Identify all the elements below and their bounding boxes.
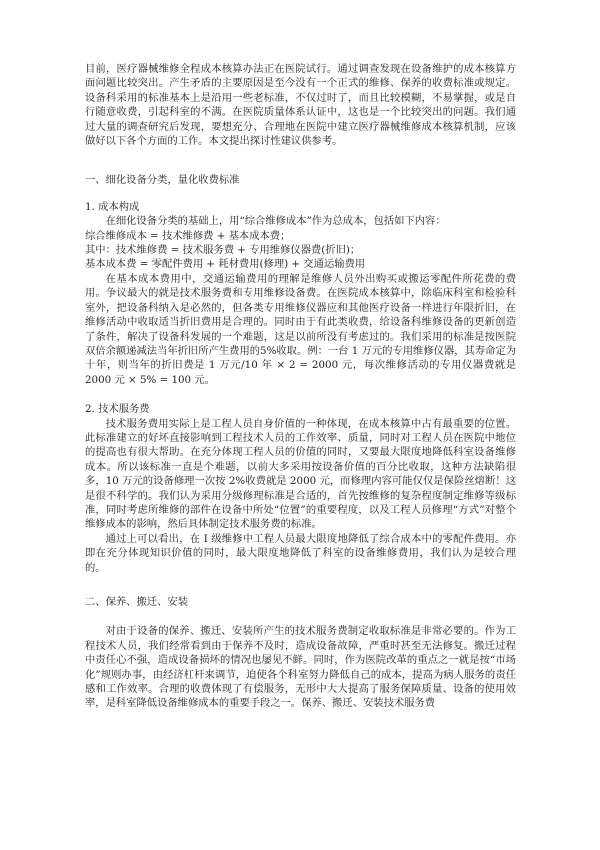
section-2-heading: 二、保养、搬迁、安装 [85, 595, 516, 609]
cost-structure-body: 在基本成本费用中，交通运输费用的理解是维修人员外出购买或搬运零配件所花费的费用。… [85, 272, 516, 387]
service-fee-body: 技术服务费用实际上是工程人员自身价值的一种体现，在成本核算中占有最重要的位置。此… [85, 417, 516, 532]
formula-total-cost: 综合维修成本 = 技术维修费 + 基本成本费； [85, 229, 516, 243]
document-page: 目前，医疗器械维修全程成本核算办法正在医院试行。通过调查发现在设备维护的成本核算… [0, 0, 600, 850]
service-fee-conclusion: 通过上可以看出，在 I 级维修中工程人员最大限度地降低了综合成本中的零配件费用。… [85, 532, 516, 575]
formula-technical-repair-fee: 其中：技术维修费 = 技术服务费 + 专用维修仪器费(折旧)； [85, 243, 516, 257]
article-body: 目前，医疗器械维修全程成本核算办法正在医院试行。通过调查发现在设备维护的成本核算… [85, 62, 516, 711]
section-1-heading: 一、细化设备分类，量化收费标准 [85, 173, 516, 187]
cost-structure-intro: 在细化设备分类的基础上，用“综合维修成本”作为总成本，包括如下内容： [85, 214, 516, 228]
subsection-service-fee-heading: 2. 技术服务费 [85, 402, 516, 416]
formula-basic-cost: 基本成本费 = 零配件费用 + 耗材费用(修理) + 交通运输费用 [85, 257, 516, 271]
intro-paragraph: 目前，医疗器械维修全程成本核算办法正在医院试行。通过调查发现在设备维护的成本核算… [85, 62, 516, 148]
maintenance-relocation-body: 对由于设备的保养、搬迁、安装所产生的技术服务费制定收取标准是非常必要的。作为工程… [85, 624, 516, 710]
subsection-cost-structure-heading: 1. 成本构成 [85, 200, 516, 214]
